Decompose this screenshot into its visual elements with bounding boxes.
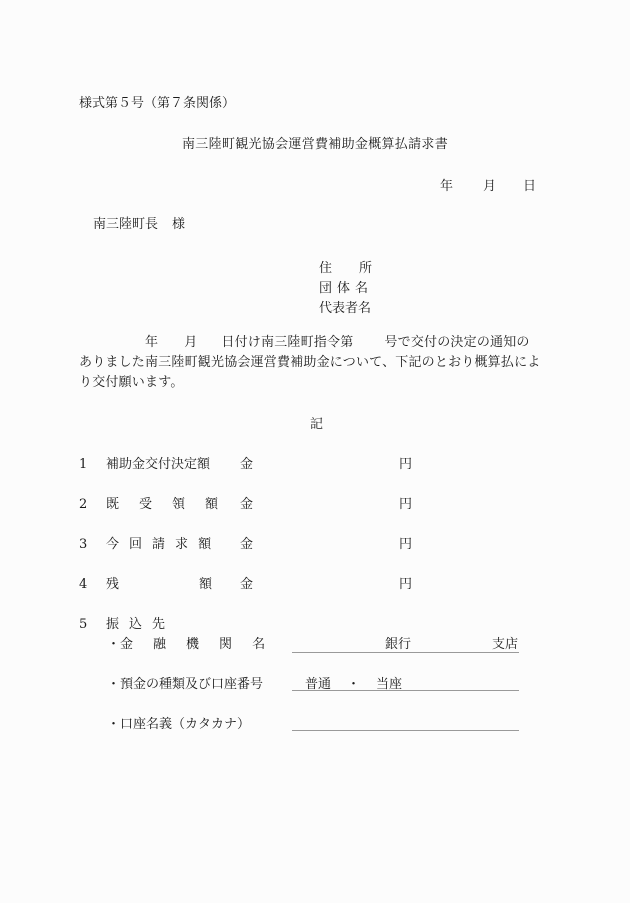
amount-unit: 円 xyxy=(399,538,412,551)
date-month: 月 xyxy=(483,180,496,193)
item-number: 4 xyxy=(79,578,87,591)
item-label: 既受領額 xyxy=(106,498,218,511)
item-label: 補助金交付決定額 xyxy=(106,458,210,471)
bank-name-field[interactable] xyxy=(292,652,519,653)
date-line: 年月日 xyxy=(440,180,536,193)
account-type-number-label: ・預金の種類及び口座番号 xyxy=(107,678,263,691)
transfer-destination-heading: 5 振込先 xyxy=(79,618,419,634)
account-holder-label: ・口座名義（カタカナ） xyxy=(107,718,250,731)
ki-heading: 記 xyxy=(310,418,323,431)
amount-prefix: 金 xyxy=(240,498,253,511)
amount-unit: 円 xyxy=(399,458,412,471)
amount-prefix: 金 xyxy=(240,578,253,591)
item-row-2: 2 既受領額 金 円 xyxy=(79,498,419,514)
item-row-3: 3 今回請求額 金 円 xyxy=(79,538,419,554)
date-year: 年 xyxy=(440,180,453,193)
bank-name-label: ・金融機関名 xyxy=(107,638,265,651)
amount-prefix: 金 xyxy=(240,458,253,471)
document-title: 南三陸町観光協会運営費補助金概算払請求書 xyxy=(182,138,448,151)
branch-suffix: 支店 xyxy=(492,638,518,651)
applicant-representative-label: 代表者名 xyxy=(319,299,372,319)
request-body-text: 年月日付け南三陸町指令第号で交付の決定の通知の ありました南三陸町観光協会運営費… xyxy=(79,333,549,393)
date-day: 日 xyxy=(523,180,536,193)
item-row-4: 4 残額 金 円 xyxy=(79,578,419,594)
item-number: 1 xyxy=(79,458,87,471)
body-line-3: り交付願います。 xyxy=(79,373,549,393)
item-label: 残額 xyxy=(106,578,212,591)
account-number-field[interactable] xyxy=(292,690,519,691)
amount-unit: 円 xyxy=(399,498,412,511)
applicant-fields: 住所 団体名 代表者名 xyxy=(319,259,372,319)
body-line-1: 年月日付け南三陸町指令第号で交付の決定の通知の xyxy=(79,333,549,353)
item-label: 振込先 xyxy=(106,618,165,631)
bank-suffix: 銀行 xyxy=(385,638,411,651)
item-number: 3 xyxy=(79,538,87,551)
addressee-honorific: 様 xyxy=(172,217,185,232)
amount-unit: 円 xyxy=(399,578,412,591)
account-holder-field[interactable] xyxy=(292,730,519,731)
applicant-address-label: 住所 xyxy=(319,259,372,279)
item-label: 今回請求額 xyxy=(106,538,211,551)
form-number: 様式第５号（第７条関係） xyxy=(79,97,235,110)
body-line-2: ありました南三陸町観光協会運営費補助金について、下記のとおり概算払によ xyxy=(79,353,549,373)
addressee-name: 南三陸町長 xyxy=(93,217,158,232)
addressee: 南三陸町長様 xyxy=(93,218,185,231)
amount-prefix: 金 xyxy=(240,538,253,551)
item-number: 5 xyxy=(79,618,87,631)
item-number: 2 xyxy=(79,498,87,511)
applicant-organization-label: 団体名 xyxy=(319,279,372,299)
item-row-1: 1 補助金交付決定額 金 円 xyxy=(79,458,419,474)
